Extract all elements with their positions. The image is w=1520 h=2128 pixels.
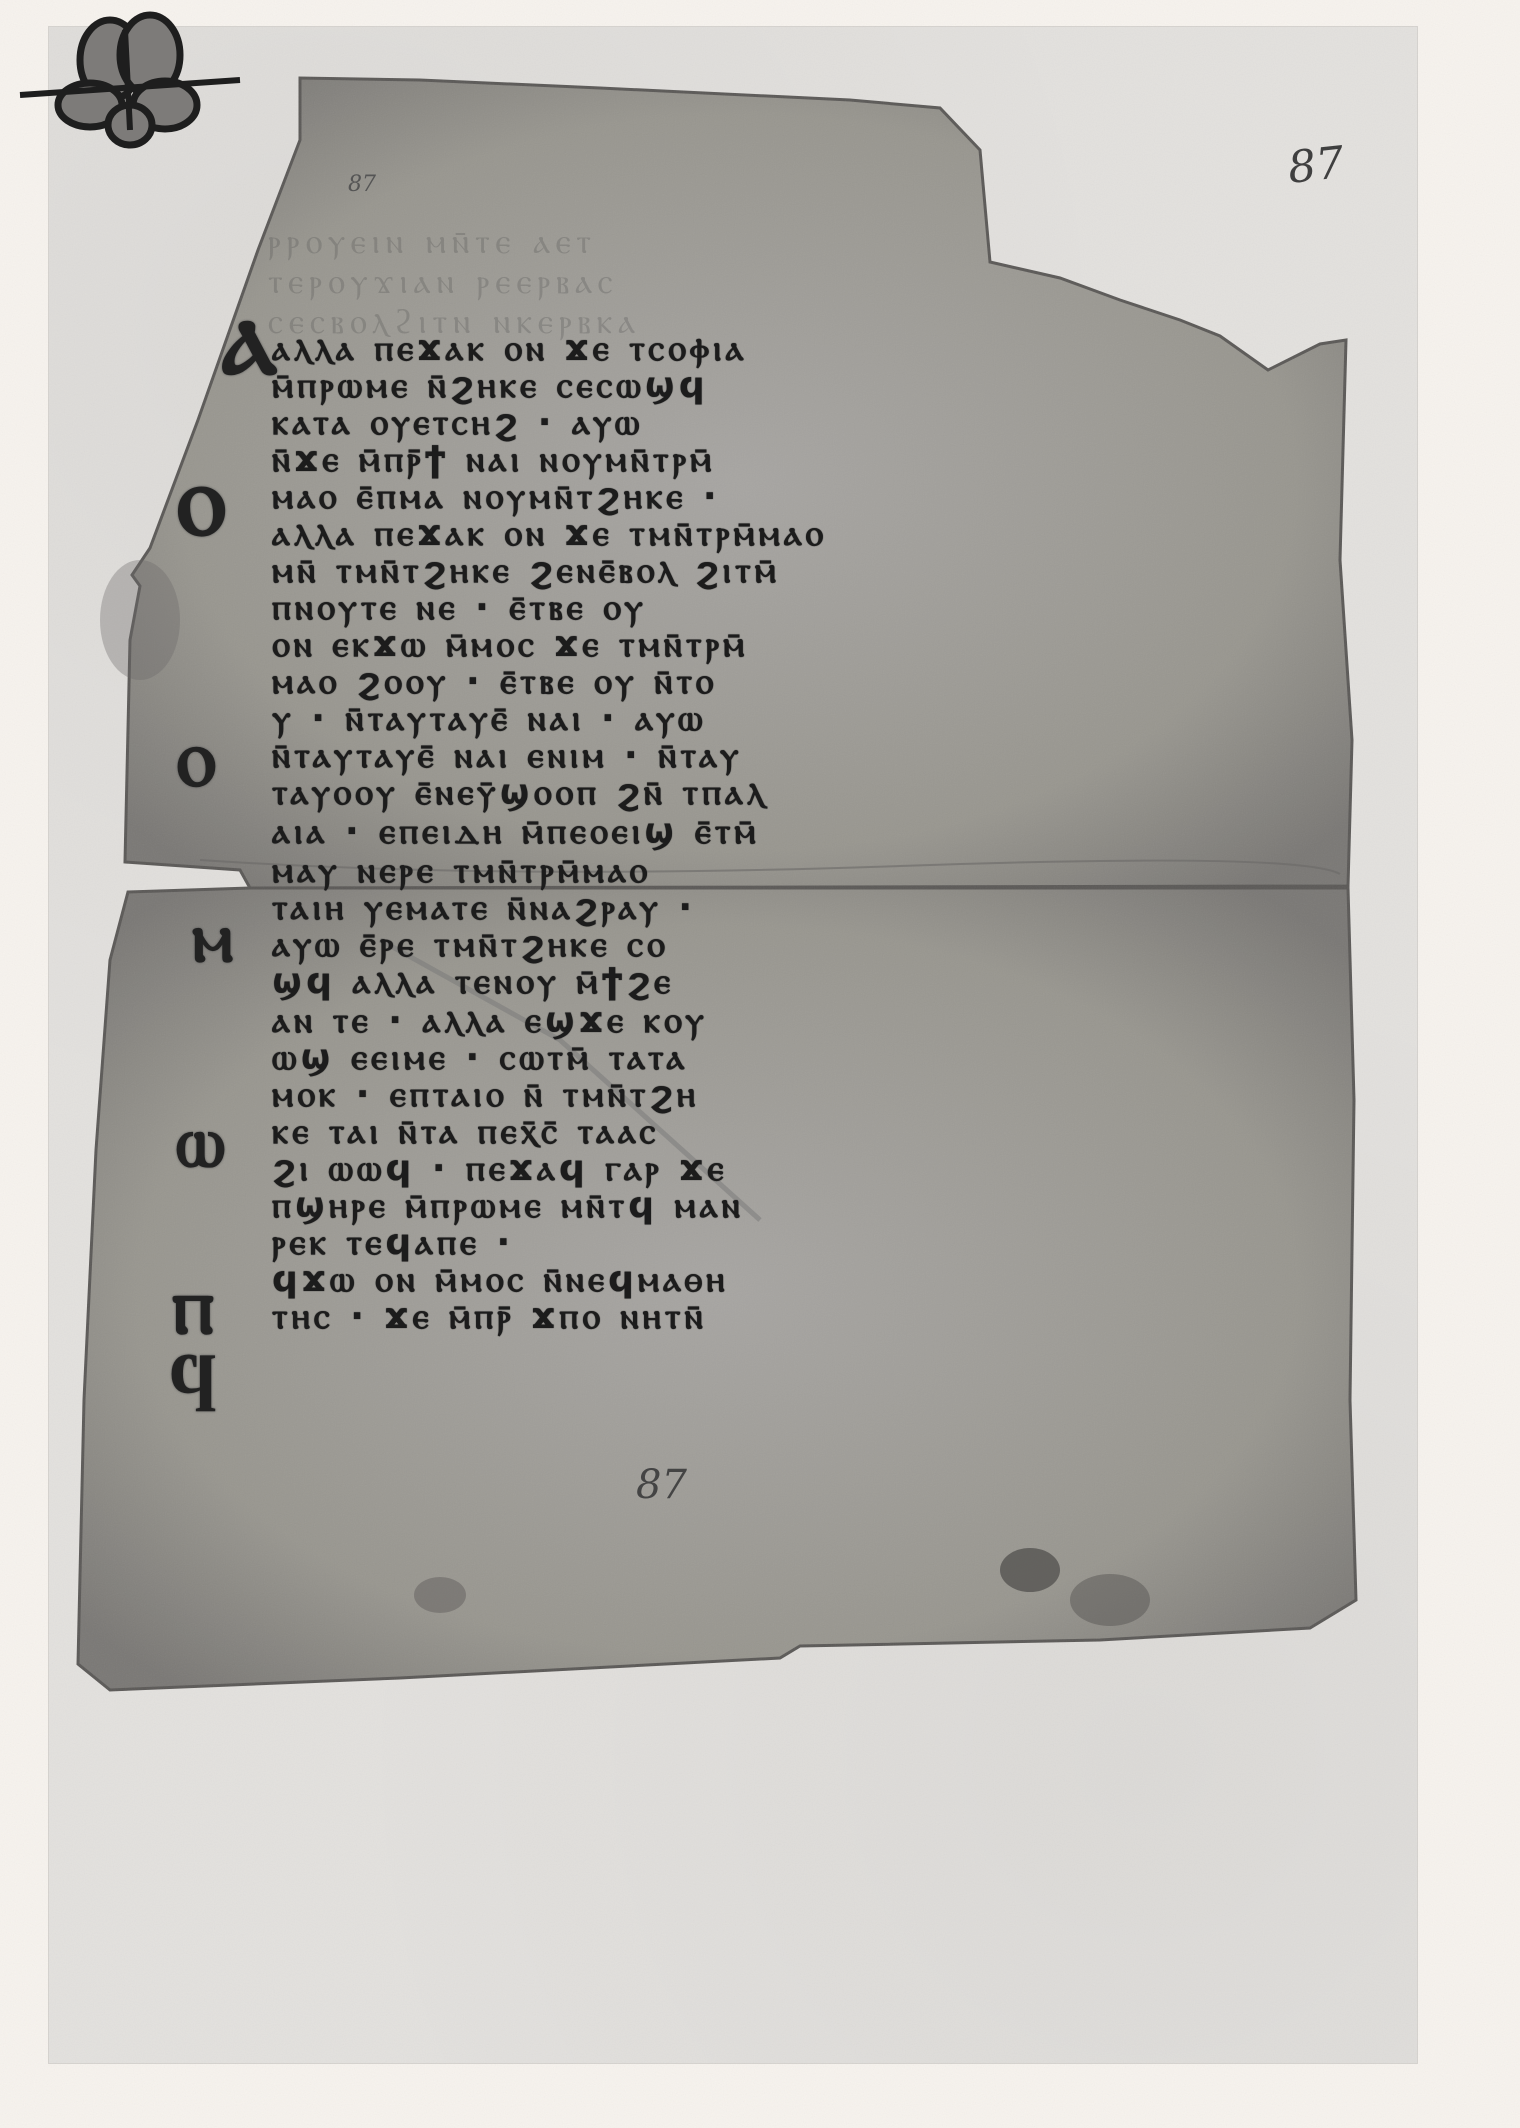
text-line: ⲣⲉⲕ ⲧⲉϥⲁⲡⲉ · bbox=[272, 1224, 1172, 1261]
text-line: ⲧⲏⲥ · ϫⲉ ⲙ̄ⲡⲣ̄ ϫⲡⲟ ⲛⲏⲧⲛ̄ bbox=[272, 1298, 1172, 1335]
margin-annotation: 87 bbox=[348, 172, 376, 197]
text-line: ⲙⲁⲟ ϩⲟⲟⲩ · ⲉ̄ⲧⲃⲉ ⲟⲩ ⲛ̄ⲧⲟ bbox=[272, 663, 1172, 700]
show-through-line: ⲧⲉⲣⲟⲩϫⲓⲁⲛ ⲣⲉⲉⲣⲃⲁⲥ bbox=[268, 262, 619, 302]
text-line: ⲁⲩⲱ ⲉ̄ⲣⲉ ⲧⲙⲛ̄ⲧϩⲏⲕⲉ ⲥⲟ bbox=[272, 926, 1172, 963]
text-line: ϩⲓ ⲱⲱϥ · ⲡⲉϫⲁϥ ⲅⲁⲣ ϫⲉ bbox=[272, 1150, 1172, 1187]
text-line: ⲡⲛⲟⲩⲧⲉ ⲛⲉ · ⲉ̄ⲧⲃⲉ ⲟⲩ bbox=[272, 589, 1172, 626]
text-line: ⲛ̄ϫⲉ ⲙ̄ⲡⲣ̄ϯ ⲛⲁⲓ ⲛⲟⲩⲙⲛ̄ⲧⲣⲙ̄ bbox=[272, 441, 1172, 478]
bottom-page-annotation: 87 bbox=[636, 1462, 687, 1508]
text-line: ϥϫⲱ ⲟⲛ ⲙ̄ⲙⲟⲥ ⲛ̄ⲛⲉϥⲙⲁⲑⲏ bbox=[272, 1261, 1172, 1298]
text-line: ⲱϣ ⲉⲉⲓⲙⲉ · ⲥⲱⲧⲙ̄ ⲧⲁⲧⲁ bbox=[272, 1039, 1172, 1076]
manuscript-text: ⲁⲗⲗⲁ ⲡⲉϫⲁⲕ ⲟⲛ ϫⲉ ⲧⲥⲟⲫⲓⲁ ⲙ̄ⲡⲣⲱⲙⲉ ⲛ̄ϩⲏⲕⲉ ⲥ… bbox=[272, 330, 1172, 1335]
initial-letter-m: ⲙ bbox=[192, 895, 233, 979]
text-line: ϣϥ ⲁⲗⲗⲁ ⲧⲉⲛⲟⲩ ⲙ̄ϯϩⲉ bbox=[272, 963, 1172, 1000]
manuscript-leaf: 87 ⲣⲣⲟⲩⲉⲓⲛ ⲙⲛ̄ⲧⲉ ⲁⲉⲧ ⲧⲉⲣⲟⲩϫⲓⲁⲛ ⲣⲉⲉⲣⲃⲁⲥ ⲥ… bbox=[0, 0, 1520, 2128]
text-line: ⲡϣⲏⲣⲉ ⲙ̄ⲡⲣⲱⲙⲉ ⲙⲛ̄ⲧϥ ⲙⲁⲛ bbox=[272, 1187, 1172, 1224]
text-line: ⲛ̄ⲧⲁⲩⲧⲁⲩⲉ̄ ⲛⲁⲓ ⲉⲛⲓⲙ · ⲛ̄ⲧⲁⲩ bbox=[272, 737, 1172, 774]
text-line: ⲕⲉ ⲧⲁⲓ ⲛ̄ⲧⲁ ⲡⲉⲭ̄ⲥ̄ ⲧⲁⲁⲥ bbox=[272, 1113, 1172, 1150]
initial-letter-alpha: ⲁ bbox=[222, 270, 277, 401]
text-line: ⲙ̄ⲡⲣⲱⲙⲉ ⲛ̄ϩⲏⲕⲉ ⲥⲉⲥⲱϣϥ bbox=[272, 367, 1172, 404]
text-line: ⲟⲛ ⲉⲕϫⲱ ⲙ̄ⲙⲟⲥ ϫⲉ ⲧⲙⲛ̄ⲧⲣⲙ̄ bbox=[272, 626, 1172, 663]
initial-letter-o: ⲟ bbox=[176, 710, 215, 805]
text-line: ⲁⲗⲗⲁ ⲡⲉϫⲁⲕ ⲟⲛ ϫⲉ ⲧⲙⲛ̄ⲧⲣⲙ̄ⲙⲁⲟ bbox=[272, 515, 1172, 552]
text-line: ⲙⲟⲕ · ⲉⲡⲧⲁⲓⲟ ⲛ̄ ⲧⲙⲛ̄ⲧϩⲏ bbox=[272, 1076, 1172, 1113]
text-line: ⲙⲛ̄ ⲧⲙⲛ̄ⲧϩⲏⲕⲉ ϩⲉⲛⲉ̄ⲃⲟⲗ ϩⲓⲧⲙ̄ bbox=[272, 552, 1172, 589]
text-line: ⲁⲓⲁ · ⲉⲡⲉⲓⲇⲏ ⲙ̄ⲡⲉⲟⲉⲓϣ ⲉ̄ⲧⲙ̄ bbox=[272, 813, 1172, 850]
text-line: ⲩ · ⲛ̄ⲧⲁⲩⲧⲁⲩⲉ̄ ⲛⲁⲓ · ⲁⲩⲱ bbox=[272, 700, 1172, 737]
text-line: ⲁⲗⲗⲁ ⲡⲉϫⲁⲕ ⲟⲛ ϫⲉ ⲧⲥⲟⲫⲓⲁ bbox=[272, 330, 1172, 367]
text-line: ⲧⲁⲓⲏ ⲩⲉⲙⲁⲧⲉ ⲛ̄ⲛⲁϩⲣⲁⲩ · bbox=[272, 889, 1172, 926]
text-line: ⲁⲛ ⲧⲉ · ⲁⲗⲗⲁ ⲉϣϫⲉ ⲕⲟⲩ bbox=[272, 1002, 1172, 1039]
text-line: ⲙⲁⲩ ⲛⲉⲣⲉ ⲧⲙⲛ̄ⲧⲣⲙ̄ⲙⲁⲟ bbox=[272, 852, 1172, 889]
show-through-line: ⲣⲣⲟⲩⲉⲓⲛ ⲙⲛ̄ⲧⲉ ⲁⲉⲧ bbox=[268, 222, 597, 262]
decorative-knot-ornament-icon bbox=[0, 0, 260, 150]
initial-letter-omega: ⲱ bbox=[176, 1098, 225, 1185]
initial-letter-fai: ϥ bbox=[170, 1336, 217, 1431]
text-line: ⲙⲁⲟ ⲉ̄ⲡⲙⲁ ⲛⲟⲩⲙⲛ̄ⲧϩⲏⲕⲉ · bbox=[272, 478, 1172, 515]
text-line: ⲧⲁⲩⲟⲟⲩ ⲉ̄ⲛⲉⲩ̄ϣⲟⲟⲡ ϩⲛ̄ ⲧⲡⲁⲗ bbox=[272, 774, 1172, 811]
text-line: ⲕⲁⲧⲁ ⲟⲩⲉⲧⲥⲏϩ · ⲁⲩⲱ bbox=[272, 404, 1172, 441]
initial-letter-o: ⲟ bbox=[176, 440, 225, 559]
